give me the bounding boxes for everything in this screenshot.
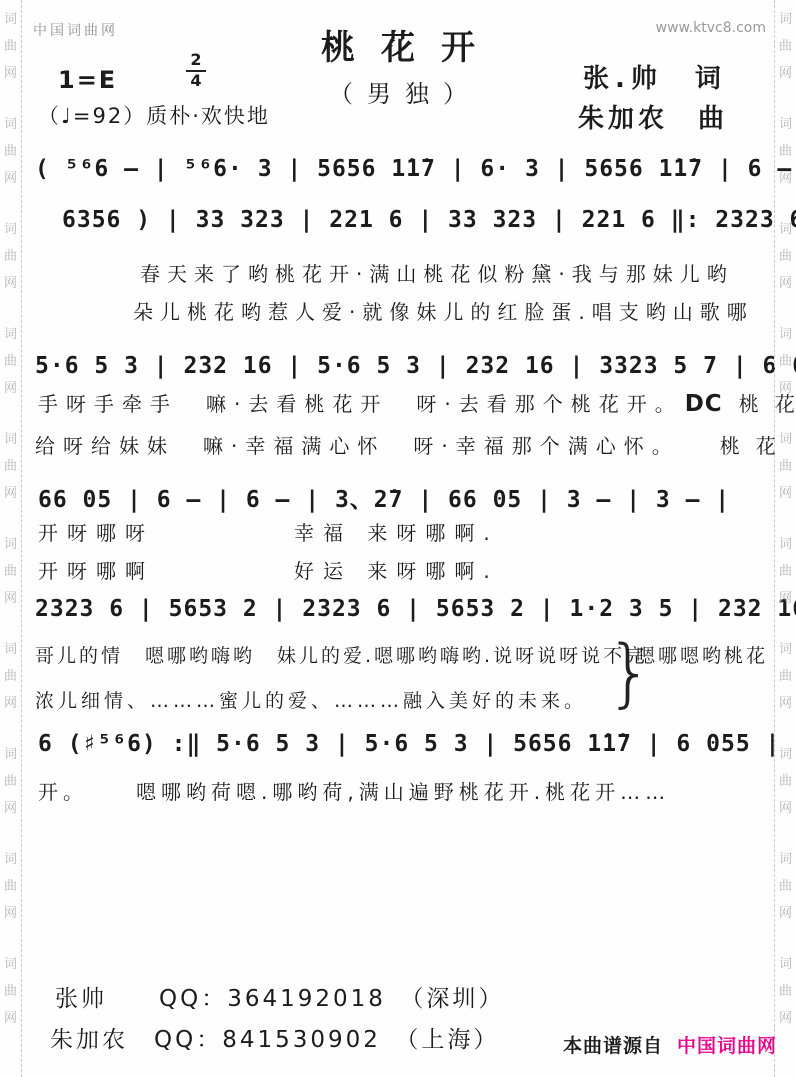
lyric-line-9-left: 开。: [38, 780, 88, 804]
watermark-char: 网: [775, 60, 796, 87]
lyricist-contact: 张帅 QQ：364192018 （深圳）: [55, 980, 504, 1013]
lyric-line-1: 春天来了哟桃花开·满山桃花似粉黛·我与那妹儿哟: [140, 258, 734, 287]
watermark-char: 曲: [775, 348, 796, 375]
watermark-char: 词: [0, 636, 21, 663]
watermark-group: 词曲网: [0, 111, 21, 192]
watermark-char: 词: [775, 426, 796, 453]
watermark-group: 词曲网: [0, 846, 21, 927]
watermark-group: 词曲网: [0, 216, 21, 297]
watermark-char: 词: [0, 6, 21, 33]
watermark-char: 网: [0, 480, 21, 507]
composer-contact: 朱加农 QQ：841530902 （上海）: [50, 1021, 499, 1054]
watermark-char: 曲: [775, 663, 796, 690]
tempo-marking: （♩=92）质朴·欢快地: [38, 100, 270, 130]
watermark-char: 网: [775, 795, 796, 822]
watermark-char: 曲: [775, 138, 796, 165]
watermark-char: 词: [0, 111, 21, 138]
watermark-char: 词: [775, 951, 796, 978]
time-signature: 2 4: [186, 52, 206, 90]
watermark-group: 词曲网: [0, 6, 21, 87]
watermark-char: 词: [775, 6, 796, 33]
watermark-char: 曲: [775, 453, 796, 480]
lyric-line-7-tail: 嗯哪嗯哟桃花: [636, 641, 768, 668]
music-line-5: 2323 6 | 5653 2 | 2323 6 | 5653 2 | 1·2 …: [35, 596, 796, 622]
watermark-char: 词: [775, 846, 796, 873]
lyricist-credit: 张.帅 词: [583, 58, 727, 95]
music-line-4: 66 05 | 6 — | 6 — | 3、2̇7 | 66 05 | 3 — …: [38, 481, 730, 514]
watermark-char: 曲: [775, 768, 796, 795]
time-signature-denominator: 4: [186, 72, 206, 90]
lyric-line-4-text: 给呀给妹妹 嘛·幸福满心怀 呀·幸福那个满心怀。: [35, 434, 680, 458]
music-line-1: ( ⁵⁶6 — | ⁵⁶6· 3 | 5656 1̇1̇7 | 6· 3 | 5…: [35, 156, 796, 182]
watermark-char: 网: [775, 690, 796, 717]
watermark-char: 词: [0, 531, 21, 558]
lyric-line-2: 朵儿桃花哟惹人爱·就像妹儿的红脸蛋.唱支哟山歌哪: [133, 296, 754, 325]
watermark-char: 曲: [0, 978, 21, 1005]
lyric-line-9-right: 嗯哪哟荷嗯.哪哟荷,满山遍野桃花开.桃花开……: [136, 780, 670, 804]
watermark-group: 词曲网: [775, 741, 796, 822]
watermark-char: 网: [0, 585, 21, 612]
watermark-char: 词: [775, 636, 796, 663]
watermark-char: 词: [775, 216, 796, 243]
watermark-char: 词: [775, 741, 796, 768]
watermark-char: 词: [0, 216, 21, 243]
watermark-char: 曲: [0, 33, 21, 60]
watermark-char: 网: [775, 270, 796, 297]
music-line-3: 5·6 5 3 | 232 16 | 5·6 5 3 | 232 16 | 33…: [35, 347, 796, 380]
watermark-char: 网: [775, 165, 796, 192]
watermark-group: 词曲网: [0, 741, 21, 822]
watermark-char: 词: [0, 741, 21, 768]
watermark-char: 曲: [0, 558, 21, 585]
composer-credit: 朱加农 曲: [578, 98, 728, 135]
watermark-right-column: 词曲网词曲网词曲网词曲网词曲网词曲网词曲网词曲网词曲网词曲网: [774, 0, 796, 1077]
key-signature: 1=E: [58, 66, 117, 94]
watermark-char: 网: [0, 1005, 21, 1032]
watermark-char: 曲: [775, 873, 796, 900]
watermark-char: 网: [775, 375, 796, 402]
watermark-char: 曲: [775, 33, 796, 60]
music-line-6: 6 (♯⁵⁶6) :‖ 5·6 5 3 | 5·6 5 3 | 5656 1̇1…: [38, 731, 796, 757]
watermark-group: 词曲网: [0, 636, 21, 717]
lyric-line-6: 开呀哪啊好运 来呀哪啊.: [38, 555, 499, 584]
watermark-right-chars: 词曲网词曲网词曲网词曲网词曲网词曲网词曲网词曲网词曲网词曲网: [775, 0, 796, 1032]
lyric-line-5-left: 开呀哪呀: [38, 521, 154, 545]
watermark-char: 网: [775, 1005, 796, 1032]
watermark-char: 曲: [775, 978, 796, 1005]
watermark-group: 词曲网: [775, 426, 796, 507]
lyric-line-4: 给呀给妹妹 嘛·幸福满心怀 呀·幸福那个满心怀。桃花: [35, 430, 792, 459]
lyric-line-3-text: 手呀手牵手 嘛·去看桃花开 呀·去看那个桃花开。: [38, 392, 683, 416]
watermark-group: 词曲网: [0, 426, 21, 507]
lyric-line-8: 浓儿细情、………蜜儿的爱、………融入美好的未来。: [35, 686, 587, 713]
watermark-char: 曲: [0, 873, 21, 900]
watermark-group: 词曲网: [775, 531, 796, 612]
watermark-char: 网: [0, 795, 21, 822]
watermark-group: 词曲网: [775, 636, 796, 717]
watermark-char: 词: [0, 846, 21, 873]
watermark-char: 网: [775, 585, 796, 612]
watermark-group: 词曲网: [0, 531, 21, 612]
watermark-char: 词: [0, 951, 21, 978]
source-attribution: 本曲谱源自中国词曲网: [563, 1031, 777, 1058]
watermark-char: 词: [775, 321, 796, 348]
watermark-group: 词曲网: [0, 321, 21, 402]
lyric-line-9: 开。嗯哪哟荷嗯.哪哟荷,满山遍野桃花开.桃花开……: [38, 776, 670, 805]
lyric-line-5-right: 幸福 来呀哪啊.: [294, 521, 499, 545]
source-label: 本曲谱源自: [563, 1035, 663, 1057]
watermark-char: 网: [775, 900, 796, 927]
watermark-char: 曲: [0, 768, 21, 795]
watermark-left-column: 词曲网词曲网词曲网词曲网词曲网词曲网词曲网词曲网词曲网词曲网: [0, 0, 22, 1077]
watermark-left-chars: 词曲网词曲网词曲网词曲网词曲网词曲网词曲网词曲网词曲网词曲网: [0, 0, 21, 1032]
music-line-2: 6356 ) | 33 323 | 221 6 | 33 323 | 221 6…: [62, 207, 796, 233]
time-signature-numerator: 2: [186, 52, 206, 72]
watermark-char: 词: [775, 531, 796, 558]
watermark-char: 网: [0, 165, 21, 192]
watermark-group: 词曲网: [775, 951, 796, 1032]
watermark-char: 曲: [0, 138, 21, 165]
watermark-group: 词曲网: [775, 846, 796, 927]
lyric-line-5: 开呀哪呀幸福 来呀哪啊.: [38, 517, 499, 546]
watermark-char: 网: [0, 270, 21, 297]
watermark-char: 网: [0, 900, 21, 927]
watermark-char: 曲: [0, 243, 21, 270]
watermark-char: 曲: [775, 243, 796, 270]
lyric-line-6-right: 好运 来呀哪啊.: [294, 559, 499, 583]
watermark-char: 网: [775, 480, 796, 507]
watermark-group: 词曲网: [775, 216, 796, 297]
watermark-char: 曲: [0, 348, 21, 375]
watermark-char: 网: [0, 690, 21, 717]
sheet-music-page: 词曲网词曲网词曲网词曲网词曲网词曲网词曲网词曲网词曲网词曲网 词曲网词曲网词曲网…: [0, 0, 796, 1077]
watermark-char: 曲: [0, 453, 21, 480]
lyric-line-6-left: 开呀哪啊: [38, 559, 154, 583]
watermark-group: 词曲网: [775, 111, 796, 192]
watermark-group: 词曲网: [775, 321, 796, 402]
watermark-char: 网: [0, 60, 21, 87]
dc-repeat-mark: DC: [685, 391, 723, 417]
watermark-char: 词: [0, 321, 21, 348]
lyric-line-3: 手呀手牵手 嘛·去看桃花开 呀·去看那个桃花开。DC桃花: [38, 388, 796, 417]
watermark-char: 曲: [0, 663, 21, 690]
watermark-char: 曲: [775, 558, 796, 585]
watermark-char: 词: [775, 111, 796, 138]
watermark-group: 词曲网: [0, 951, 21, 1032]
brand-logo-text: 中国词曲网: [677, 1035, 777, 1057]
watermark-char: 词: [0, 426, 21, 453]
watermark-group: 词曲网: [775, 6, 796, 87]
watermark-char: 网: [0, 375, 21, 402]
lyric-line-7: 哥儿的情 嗯哪哟嗨哟 妹儿的爱.嗯哪哟嗨哟.说呀说呀说不完: [35, 641, 647, 668]
